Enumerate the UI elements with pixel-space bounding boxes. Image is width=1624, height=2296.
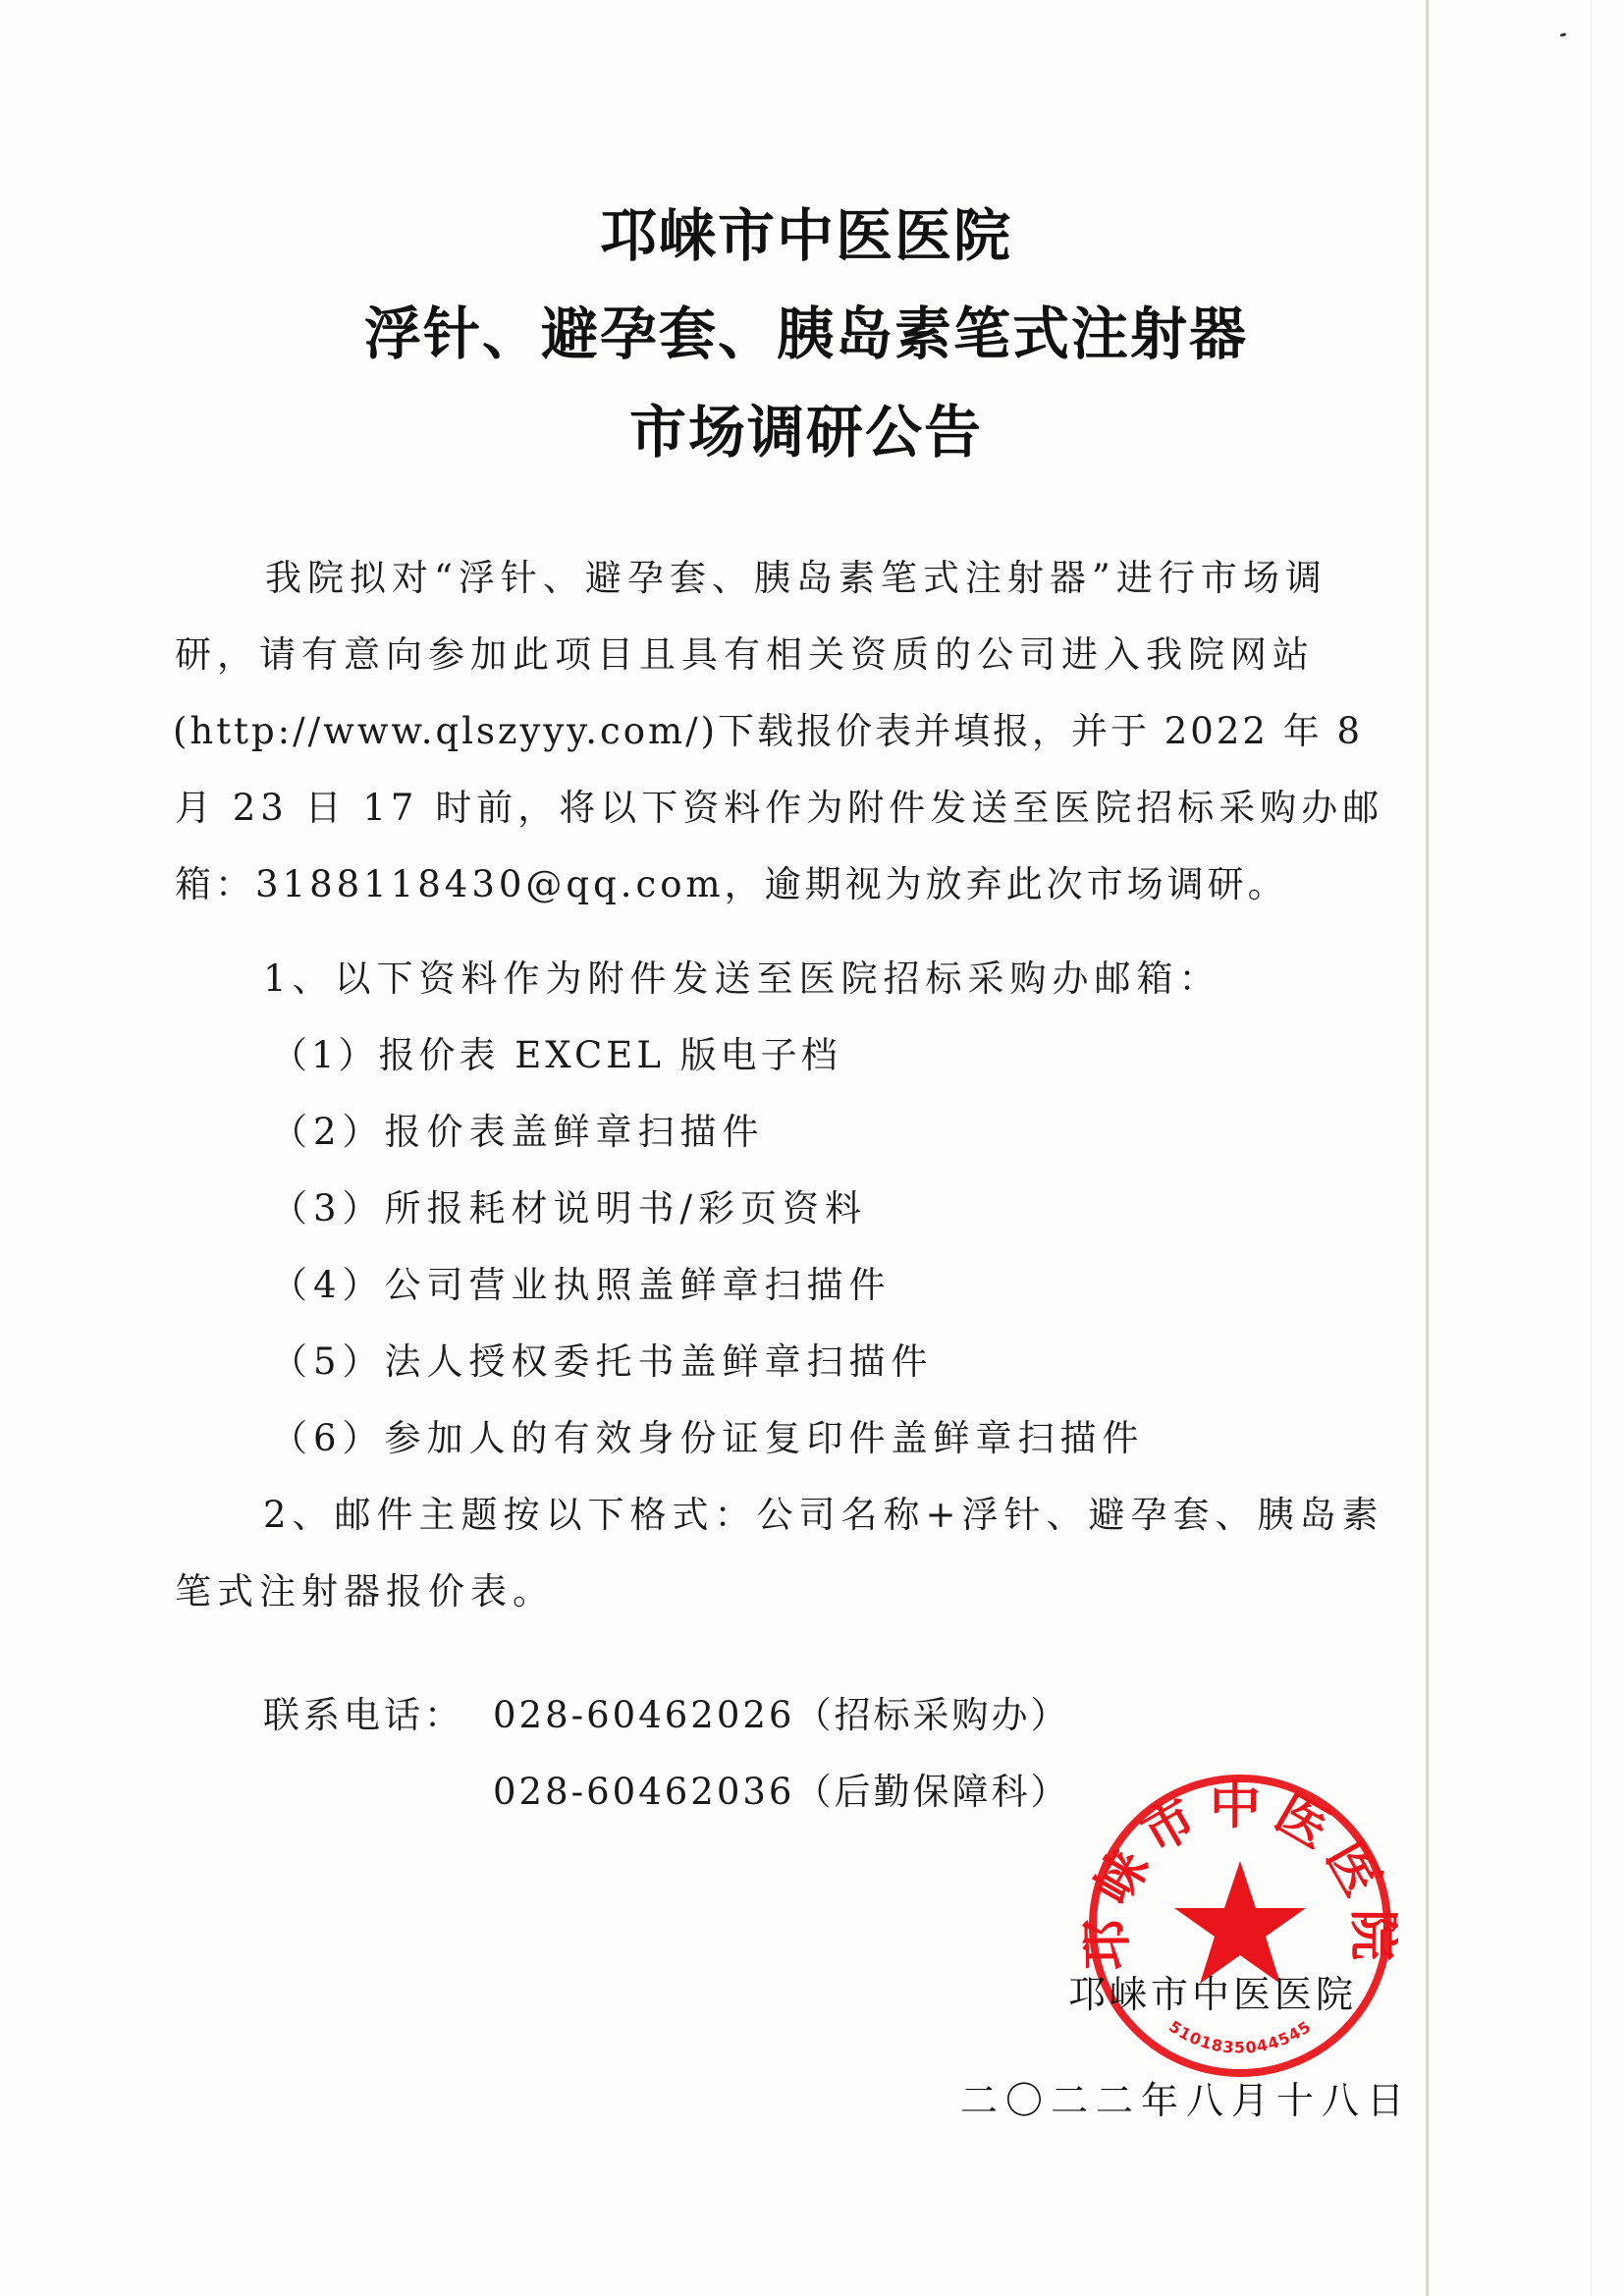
document-page: 邛崃市中医医院 浮针、避孕套、胰岛素笔式注射器 市场调研公告 我院拟对“浮针、避… — [0, 0, 1624, 2296]
material-item: （1）报价表 EXCEL 版电子档 — [271, 1025, 841, 1078]
intro-line: 研，请有意向参加此项目且具有相关资质的公司进入我院网站 — [175, 625, 1315, 678]
scan-speck — [1560, 32, 1567, 36]
official-seal-stamp: 邛崃市中医医院 5101835044545 — [1082, 1768, 1398, 2084]
title-line-products: 浮针、避孕套、胰岛素笔式注射器 — [0, 288, 1618, 370]
intro-line-email: 箱：3188118430@qq.com，逾期视为放弃此次市场调研。 — [175, 854, 1288, 907]
contact-label: 联系电话： — [263, 1685, 464, 1738]
contact-phone-procurement: 028-60462026（招标采购办） — [493, 1685, 1069, 1738]
section-2-line: 笔式注射器报价表。 — [175, 1561, 555, 1614]
material-item: （5）法人授权委托书盖鲜章扫描件 — [271, 1332, 934, 1385]
section-2-line: 2、邮件主题按以下格式：公司名称+浮针、避孕套、胰岛素 — [263, 1485, 1384, 1538]
intro-line: 我院拟对“浮针、避孕套、胰岛素笔式注射器”进行市场调 — [265, 548, 1327, 601]
signature-date: 二〇二二年八月十八日 — [960, 2070, 1412, 2124]
material-item: （4）公司营业执照盖鲜章扫描件 — [271, 1255, 892, 1308]
intro-line-website: (http://www.qlszyyy.com/)下载报价表并填报，并于 202… — [173, 701, 1363, 754]
title-line-notice: 市场调研公告 — [0, 386, 1618, 468]
seal-code: 5101835044545 — [1165, 2017, 1315, 2057]
material-item: （2）报价表盖鲜章扫描件 — [271, 1102, 765, 1155]
material-item: （3）所报耗材说明书/彩页资料 — [271, 1178, 867, 1231]
section-1-heading: 1、以下资料作为附件发送至医院招标采购办邮箱： — [263, 949, 1221, 1002]
material-item: （6）参加人的有效身份证复印件盖鲜章扫描件 — [271, 1408, 1145, 1461]
contact-phone-logistics: 028-60462036（后勤保障科） — [493, 1762, 1069, 1815]
title-line-hospital: 邛崃市中医医院 — [0, 190, 1618, 272]
signature-organization: 邛崃市中医医院 — [1068, 1964, 1357, 2018]
svg-text:5101835044545: 5101835044545 — [1165, 2017, 1315, 2057]
intro-line-deadline: 月 23 日 17 时前，将以下资料作为附件发送至医院招标采购办邮 — [175, 778, 1383, 831]
